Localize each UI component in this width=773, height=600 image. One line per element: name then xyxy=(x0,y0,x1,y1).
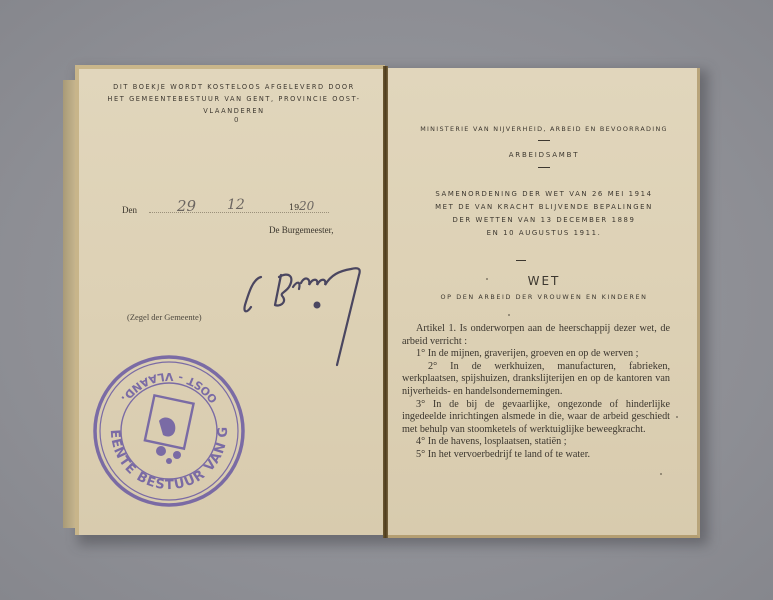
ministry-heading: MINISTERIE VAN NIJVERHEID, ARBEID EN BEV… xyxy=(398,125,690,133)
date-month: 12 xyxy=(227,197,245,213)
separator xyxy=(516,260,526,261)
law-summary: SAMENORDENING DER WET VAN 26 MEI 1914 ME… xyxy=(398,188,690,240)
summary-line: EN 10 AUGUSTUS 1911. xyxy=(398,227,690,240)
article-clause-4: 4° In de havens, losplaatsen, statiën ; xyxy=(402,436,670,449)
date-year-prefix: 19 xyxy=(289,203,299,212)
article-clause-2: 2° In de werkhuizen, manufacturen, fabri… xyxy=(402,361,670,399)
summary-line: DER WETTEN VAN 13 DECEMBER 1889 xyxy=(398,214,690,227)
paper-speck xyxy=(660,473,662,475)
distribution-notice: DIT BOEKJE WORDT KOSTELOOS AFGELEVERD DO… xyxy=(99,81,369,117)
paper-speck xyxy=(508,314,510,316)
seal-label: (Zegel der Gemeente) xyxy=(127,312,202,322)
paper-speck xyxy=(486,278,488,280)
article-1: Artikel 1. Is onderworpen aan de heersch… xyxy=(402,323,670,348)
municipal-stamp-icon: GEMEENTE BESTUUR VAN GENT OOST - VLAAND. xyxy=(89,351,249,511)
article-clause-5: 5° In het vervoerbedrijf te land of te w… xyxy=(402,449,670,462)
date-day: 29 xyxy=(177,197,196,215)
signature-icon xyxy=(239,257,379,367)
date-year: 20 xyxy=(299,199,314,213)
article-clause-1: 1° In de mijnen, graverijen, groeven en … xyxy=(402,348,670,361)
separator xyxy=(538,140,550,141)
right-page: MINISTERIE VAN NIJVERHEID, ARBEID EN BEV… xyxy=(388,68,700,538)
article-text: Artikel 1. Is onderworpen aan de heersch… xyxy=(402,323,670,462)
left-page: DIT BOEKJE WORDT KOSTELOOS AFGELEVERD DO… xyxy=(75,65,385,535)
issue-date: Den 29 12 19 20 xyxy=(119,199,369,219)
law-title: WET xyxy=(398,274,690,288)
summary-line: SAMENORDENING DER WET VAN 26 MEI 1914 xyxy=(398,188,690,201)
separator xyxy=(538,167,550,168)
notice-line: DIT BOEKJE WORDT KOSTELOOS AFGELEVERD DO… xyxy=(99,81,369,93)
svg-text:OOST - VLAAND.: OOST - VLAAND. xyxy=(118,370,221,406)
paper-speck xyxy=(676,416,678,418)
date-label: Den xyxy=(122,205,137,215)
law-subtitle: OP DEN ARBEID DER VROUWEN EN KINDEREN xyxy=(398,293,690,301)
article-clause-3: 3° In de bij de gevaarlijke, ongezonde o… xyxy=(402,399,670,437)
summary-line: MET DE VAN KRACHT BLIJVENDE BEPALINGEN xyxy=(398,201,690,214)
office-heading: ARBEIDSAMBT xyxy=(398,151,690,159)
notice-line: HET GEMEENTEBESTUUR VAN GENT, PROVINCIE … xyxy=(99,93,369,105)
ornament: 0 xyxy=(234,116,238,124)
signatory-label: De Burgemeester, xyxy=(269,225,333,235)
